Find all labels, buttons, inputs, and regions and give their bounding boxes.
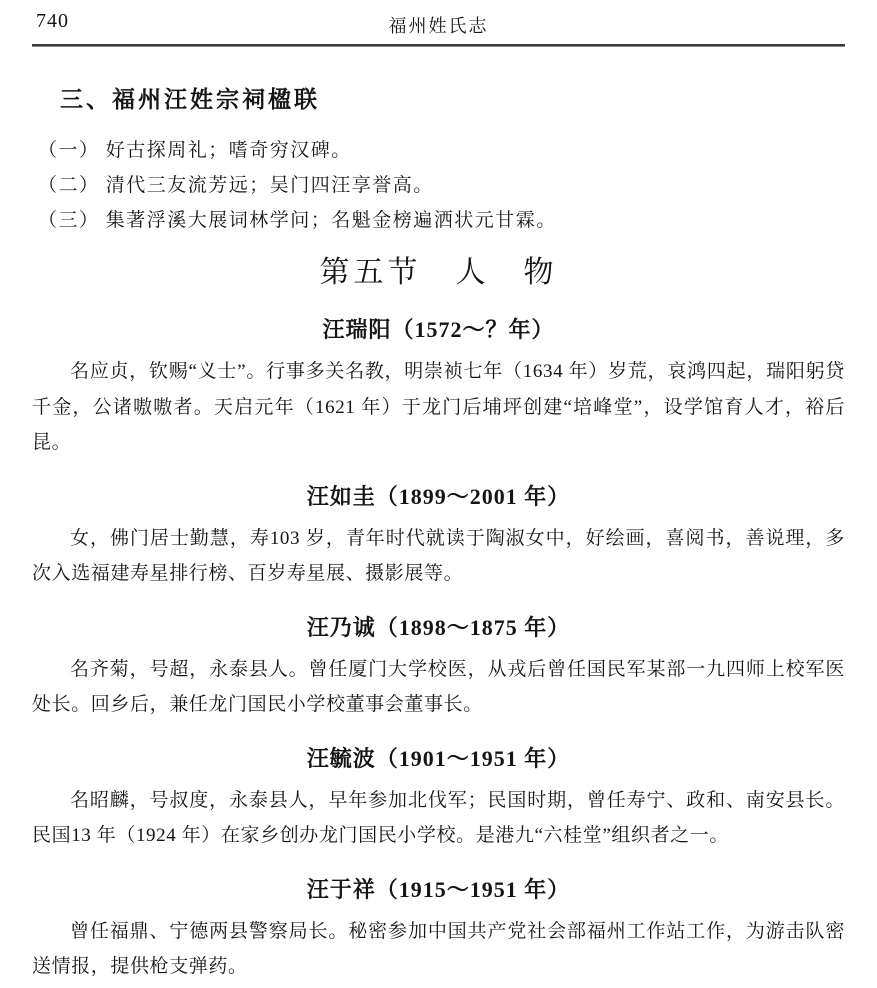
chapter-title: 第五节 人 物 [32,252,845,294]
bio-paragraph-wang-naicheng: 名齐菊，号超，永泰县人。曾任厦门大学校医，从戎后曾任国民军某部一九四师上校军医处… [32,652,845,723]
couplet-line-2: （二） 清代三友流芳远；吴门四汪享誉高。 [38,168,845,203]
couplet-line-3: （三） 集著浮溪大展词林学问；名魁金榜遍洒状元甘霖。 [38,203,845,238]
bio-heading-wang-rugui: 汪如圭（1899～2001 年） [32,481,845,513]
bio-paragraph-wang-ruiyang: 名应贞，钦赐“义士”。行事多关名教，明崇祯七年（1634 年）岁荒，哀鸿四起，瑞… [32,354,845,461]
bio-paragraph-wang-yubo: 名昭麟，号叔度，永泰县人，早年参加北伐军；民国时期，曾任寿宁、政和、南安县长。民… [32,783,845,854]
bio-heading-wang-naicheng: 汪乃诚（1898～1875 年） [32,612,845,644]
section-title: 三、福州汪姓宗祠楹联 [60,85,845,115]
couplet-list: （一） 好古探周礼；嗜奇穷汉碑。 （二） 清代三友流芳远；吴门四汪享誉高。 （三… [32,133,845,238]
bio-paragraph-wang-yuxiang: 曾任福鼎、宁德两县警察局长。秘密参加中国共产党社会部福州工作站工作，为游击队密送… [32,914,845,985]
bio-heading-wang-ruiyang: 汪瑞阳（1572～？年） [32,314,845,346]
book-title: 福州姓氏志 [32,12,845,38]
header-rule [32,44,845,47]
bio-paragraph-wang-rugui: 女，佛门居士勤慧，寿103 岁，青年时代就读于陶淑女中，好绘画，喜阅书，善说理，… [32,521,845,592]
book-page: 740 福州姓氏志 三、福州汪姓宗祠楹联 （一） 好古探周礼；嗜奇穷汉碑。 （二… [0,0,877,988]
bio-heading-wang-yubo: 汪毓波（1901～1951 年） [32,743,845,775]
bio-heading-wang-yuxiang: 汪于祥（1915～1951 年） [32,874,845,906]
page-header: 740 福州姓氏志 [32,10,845,37]
couplet-line-1: （一） 好古探周礼；嗜奇穷汉碑。 [38,133,845,168]
